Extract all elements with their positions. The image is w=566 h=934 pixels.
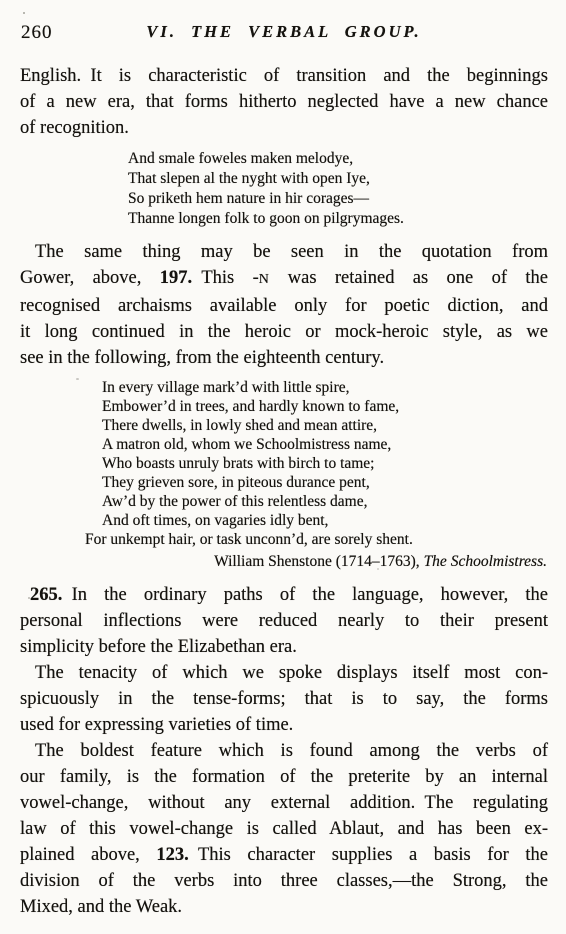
paragraph-line: it long continued in the heroic or mock-… bbox=[20, 319, 548, 345]
running-head: VI. THE VERBAL GROUP. bbox=[20, 22, 548, 42]
paragraph-boldest: The boldest feature which is found among… bbox=[20, 738, 548, 920]
paragraph-line: of recognition. bbox=[20, 115, 548, 141]
paragraph-line: division of the verbs into three classes… bbox=[20, 868, 548, 894]
paragraph-english: English. It is characteristic of transit… bbox=[20, 63, 548, 141]
verse-line: Thanne longen folk to goon on pilgrymage… bbox=[128, 209, 548, 229]
paragraph-line: used for expressing varieties of time. bbox=[20, 712, 548, 738]
paragraph-tenacity: The tenacity of which we spoke displays … bbox=[20, 660, 548, 738]
poem-quote-shenstone: In every village mark’d with little spir… bbox=[102, 378, 548, 572]
paragraph-line: plained above, 123. This character suppl… bbox=[20, 842, 548, 868]
ref-number: 197. bbox=[160, 268, 192, 288]
paragraph-line: 265. In the ordinary paths of the langua… bbox=[20, 582, 548, 608]
paragraph-line: see in the following, from the eighteent… bbox=[20, 345, 548, 371]
paragraph-line: our family, is the formation of the pret… bbox=[20, 764, 548, 790]
verse-line: There dwells, in lowly shed and mean att… bbox=[102, 416, 548, 435]
verse-line: Who boasts unruly brats with birch to ta… bbox=[102, 454, 548, 473]
text-segment: In the ordinary paths of the language, h… bbox=[62, 585, 548, 605]
paragraph-line: simplicity before the Elizabethan era. bbox=[20, 634, 548, 660]
verse-line: They grieven sore, in piteous durance pe… bbox=[102, 473, 548, 492]
paragraph-line: Gower, above, 197. This -N was retained … bbox=[20, 265, 548, 293]
paragraph-line: personal inflections were reduced nearly… bbox=[20, 608, 548, 634]
verse-line: For unkempt hair, or task unconn’d, are … bbox=[85, 530, 548, 549]
paragraph-line: The boldest feature which is found among… bbox=[20, 738, 548, 764]
verse-line: So priketh hem nature in hir corages— bbox=[128, 189, 548, 209]
paragraph-line: The tenacity of which we spoke displays … bbox=[20, 660, 548, 686]
attribution-work-title: The Schoolmistress. bbox=[424, 553, 547, 570]
scan-speck bbox=[23, 12, 25, 14]
text-segment: This character supplies a basis for the bbox=[189, 845, 548, 865]
attribution-author: William Shenstone (1714–1763), bbox=[214, 553, 423, 570]
text-segment: was retained as one of the bbox=[269, 268, 548, 288]
text-segment: This - bbox=[192, 268, 259, 288]
page-content: 260 VI. THE VERBAL GROUP. English. It is… bbox=[0, 0, 566, 920]
section-number: 265. bbox=[30, 585, 62, 605]
verse-line: Aw’d by the power of this relentless dam… bbox=[102, 492, 548, 511]
paragraph-line: of a new era, that forms hitherto neglec… bbox=[20, 89, 548, 115]
text-segment: plained above, bbox=[20, 845, 156, 865]
text-segment: Gower, above, bbox=[20, 268, 160, 288]
verse-line: A matron old, whom we Schoolmistress nam… bbox=[102, 435, 548, 454]
poem-attribution: William Shenstone (1714–1763), The Schoo… bbox=[102, 551, 547, 572]
paragraph-line: English. It is characteristic of transit… bbox=[20, 63, 548, 89]
verse-line: In every village mark’d with little spir… bbox=[102, 378, 548, 397]
verse-line: And oft times, on vagaries idly bent, bbox=[102, 511, 548, 530]
paragraph-line: vowel-change, without any external addit… bbox=[20, 790, 548, 816]
scan-speck bbox=[377, 568, 379, 570]
paragraph-line: The same thing may be seen in the quotat… bbox=[20, 239, 548, 265]
scan-speck bbox=[76, 378, 79, 380]
verse-line: That slepen al the nyght with open Iye, bbox=[128, 169, 548, 189]
verse-line: Embower’d in trees, and hardly known to … bbox=[102, 397, 548, 416]
scan-speck bbox=[28, 597, 30, 599]
paragraph-line: spicuously in the tense-forms; that is t… bbox=[20, 686, 548, 712]
page-number: 260 bbox=[21, 22, 53, 44]
paragraph-line: recognised archaisms available only for … bbox=[20, 293, 548, 319]
paragraph-265: 265. In the ordinary paths of the langua… bbox=[20, 582, 548, 660]
verse-line: And smale foweles maken melodye, bbox=[128, 149, 548, 169]
paragraph-gower: The same thing may be seen in the quotat… bbox=[20, 239, 548, 371]
paragraph-line: Mixed, and the Weak. bbox=[20, 894, 548, 920]
page-header: 260 VI. THE VERBAL GROUP. bbox=[20, 22, 548, 42]
book-page: 260 VI. THE VERBAL GROUP. English. It is… bbox=[0, 0, 566, 934]
ref-number: 123. bbox=[156, 845, 188, 865]
poem-quote-chaucer: And smale foweles maken melodye, That sl… bbox=[128, 149, 548, 229]
small-cap-n: N bbox=[259, 272, 270, 287]
paragraph-line: law of this vowel-change is called Ablau… bbox=[20, 816, 548, 842]
